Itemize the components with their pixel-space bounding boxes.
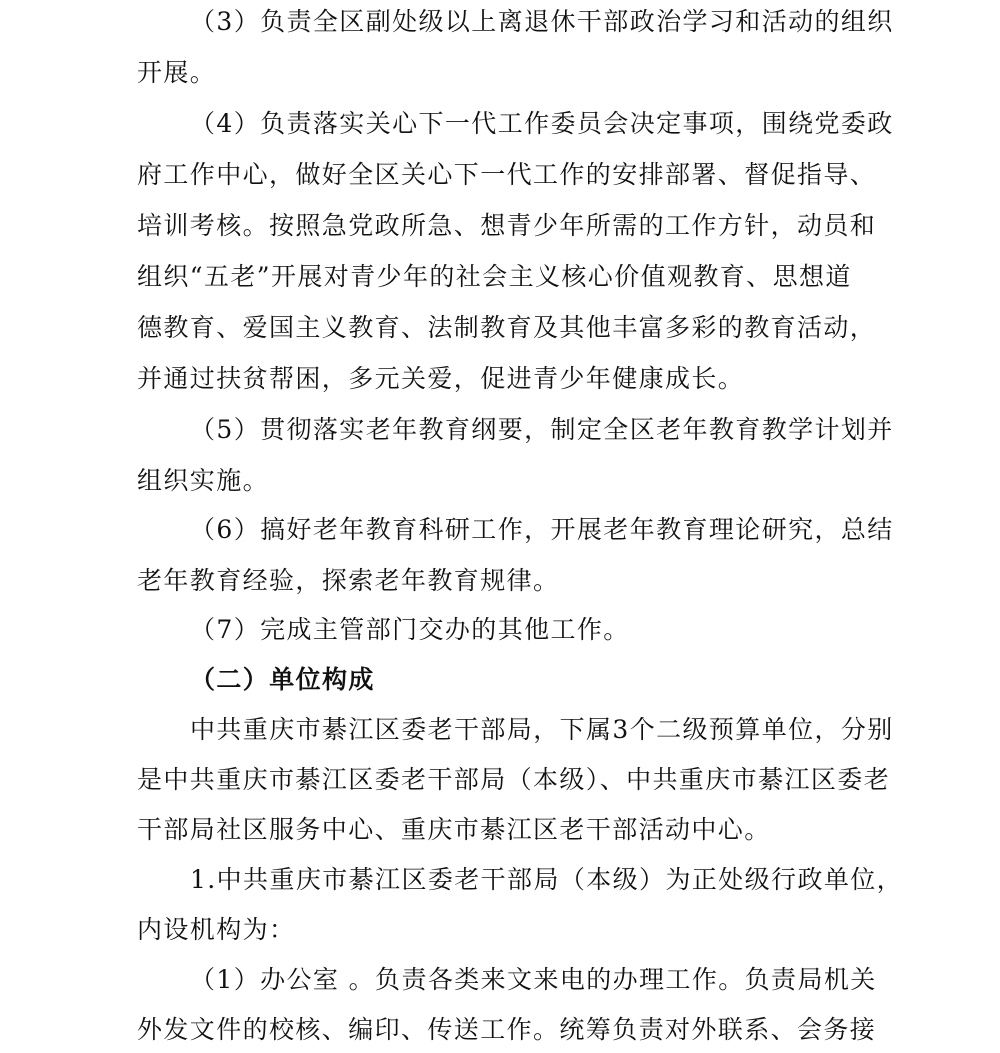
- paragraph-line: （5）贯彻落实老年教育纲要，制定全区老年教育教学计划并: [190, 405, 930, 455]
- paragraph-line: 并通过扶贫帮困，多元关爱，促进青少年健康成长。: [137, 354, 877, 404]
- paragraph-line: （4）负责落实关心下一代工作委员会决定事项，围绕党委政: [190, 99, 930, 149]
- paragraph-line: （7）完成主管部门交办的其他工作。: [190, 605, 930, 655]
- paragraph-line: 中共重庆市綦江区委老干部局，下属3个二级预算单位，分别: [190, 705, 930, 755]
- paragraph-line: 内设机构为：: [137, 905, 877, 955]
- paragraph-line: （3）负责全区副处级以上离退休干部政治学习和活动的组织: [190, 0, 930, 47]
- document-page: （3）负责全区副处级以上离退休干部政治学习和活动的组织 开展。 （4）负责落实关…: [0, 0, 1000, 1053]
- paragraph-line: （1）办公室 。负责各类来文来电的办理工作。负责局机关: [190, 955, 930, 1005]
- paragraph-line: 德教育、爱国主义教育、法制教育及其他丰富多彩的教育活动，: [137, 303, 877, 353]
- paragraph-line: 是中共重庆市綦江区委老干部局（本级）、中共重庆市綦江区委老: [137, 755, 877, 805]
- paragraph-line: 培训考核。按照急党政所急、想青少年所需的工作方针，动员和: [137, 201, 877, 251]
- paragraph-line: 干部局社区服务中心、重庆市綦江区老干部活动中心。: [137, 805, 877, 855]
- section-heading: （二）单位构成: [190, 655, 930, 705]
- paragraph-line: （6）搞好老年教育科研工作，开展老年教育理论研究，总结: [190, 505, 930, 555]
- paragraph-line: 1.中共重庆市綦江区委老干部局（本级）为正处级行政单位，: [190, 855, 930, 905]
- paragraph-line: 组织“五老”开展对青少年的社会主义核心价值观教育、思想道: [137, 252, 877, 302]
- paragraph-line: 组织实施。: [137, 456, 877, 506]
- paragraph-line: 府工作中心，做好全区关心下一代工作的安排部署、督促指导、: [137, 150, 877, 200]
- paragraph-line: 开展。: [137, 48, 877, 98]
- paragraph-line: 外发文件的校核、编印、传送工作。统筹负责对外联系、会务接: [137, 1005, 877, 1053]
- paragraph-line: 老年教育经验，探索老年教育规律。: [137, 556, 877, 606]
